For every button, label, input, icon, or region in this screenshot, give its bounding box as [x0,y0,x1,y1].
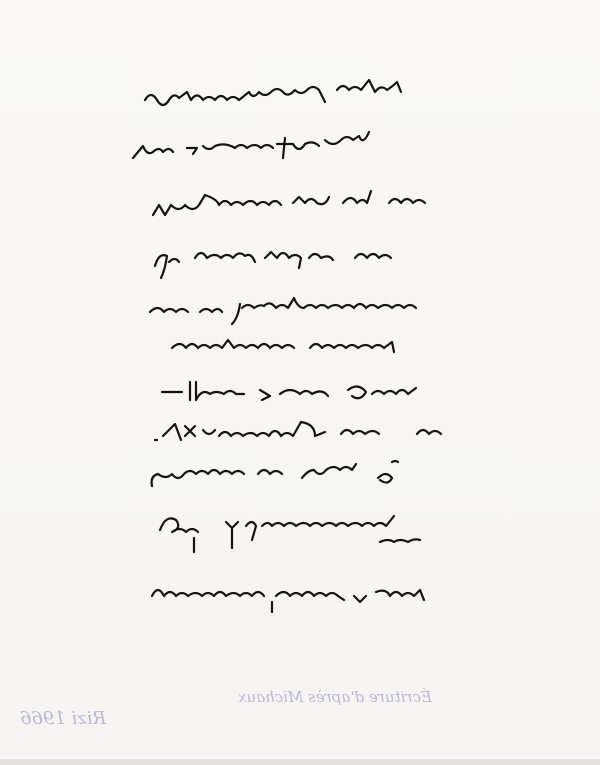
title-annotation: Écriture d'après Michaux [238,688,432,706]
signature-annotation: Rizi 1966 [20,708,106,729]
asemic-handwriting [0,0,600,765]
